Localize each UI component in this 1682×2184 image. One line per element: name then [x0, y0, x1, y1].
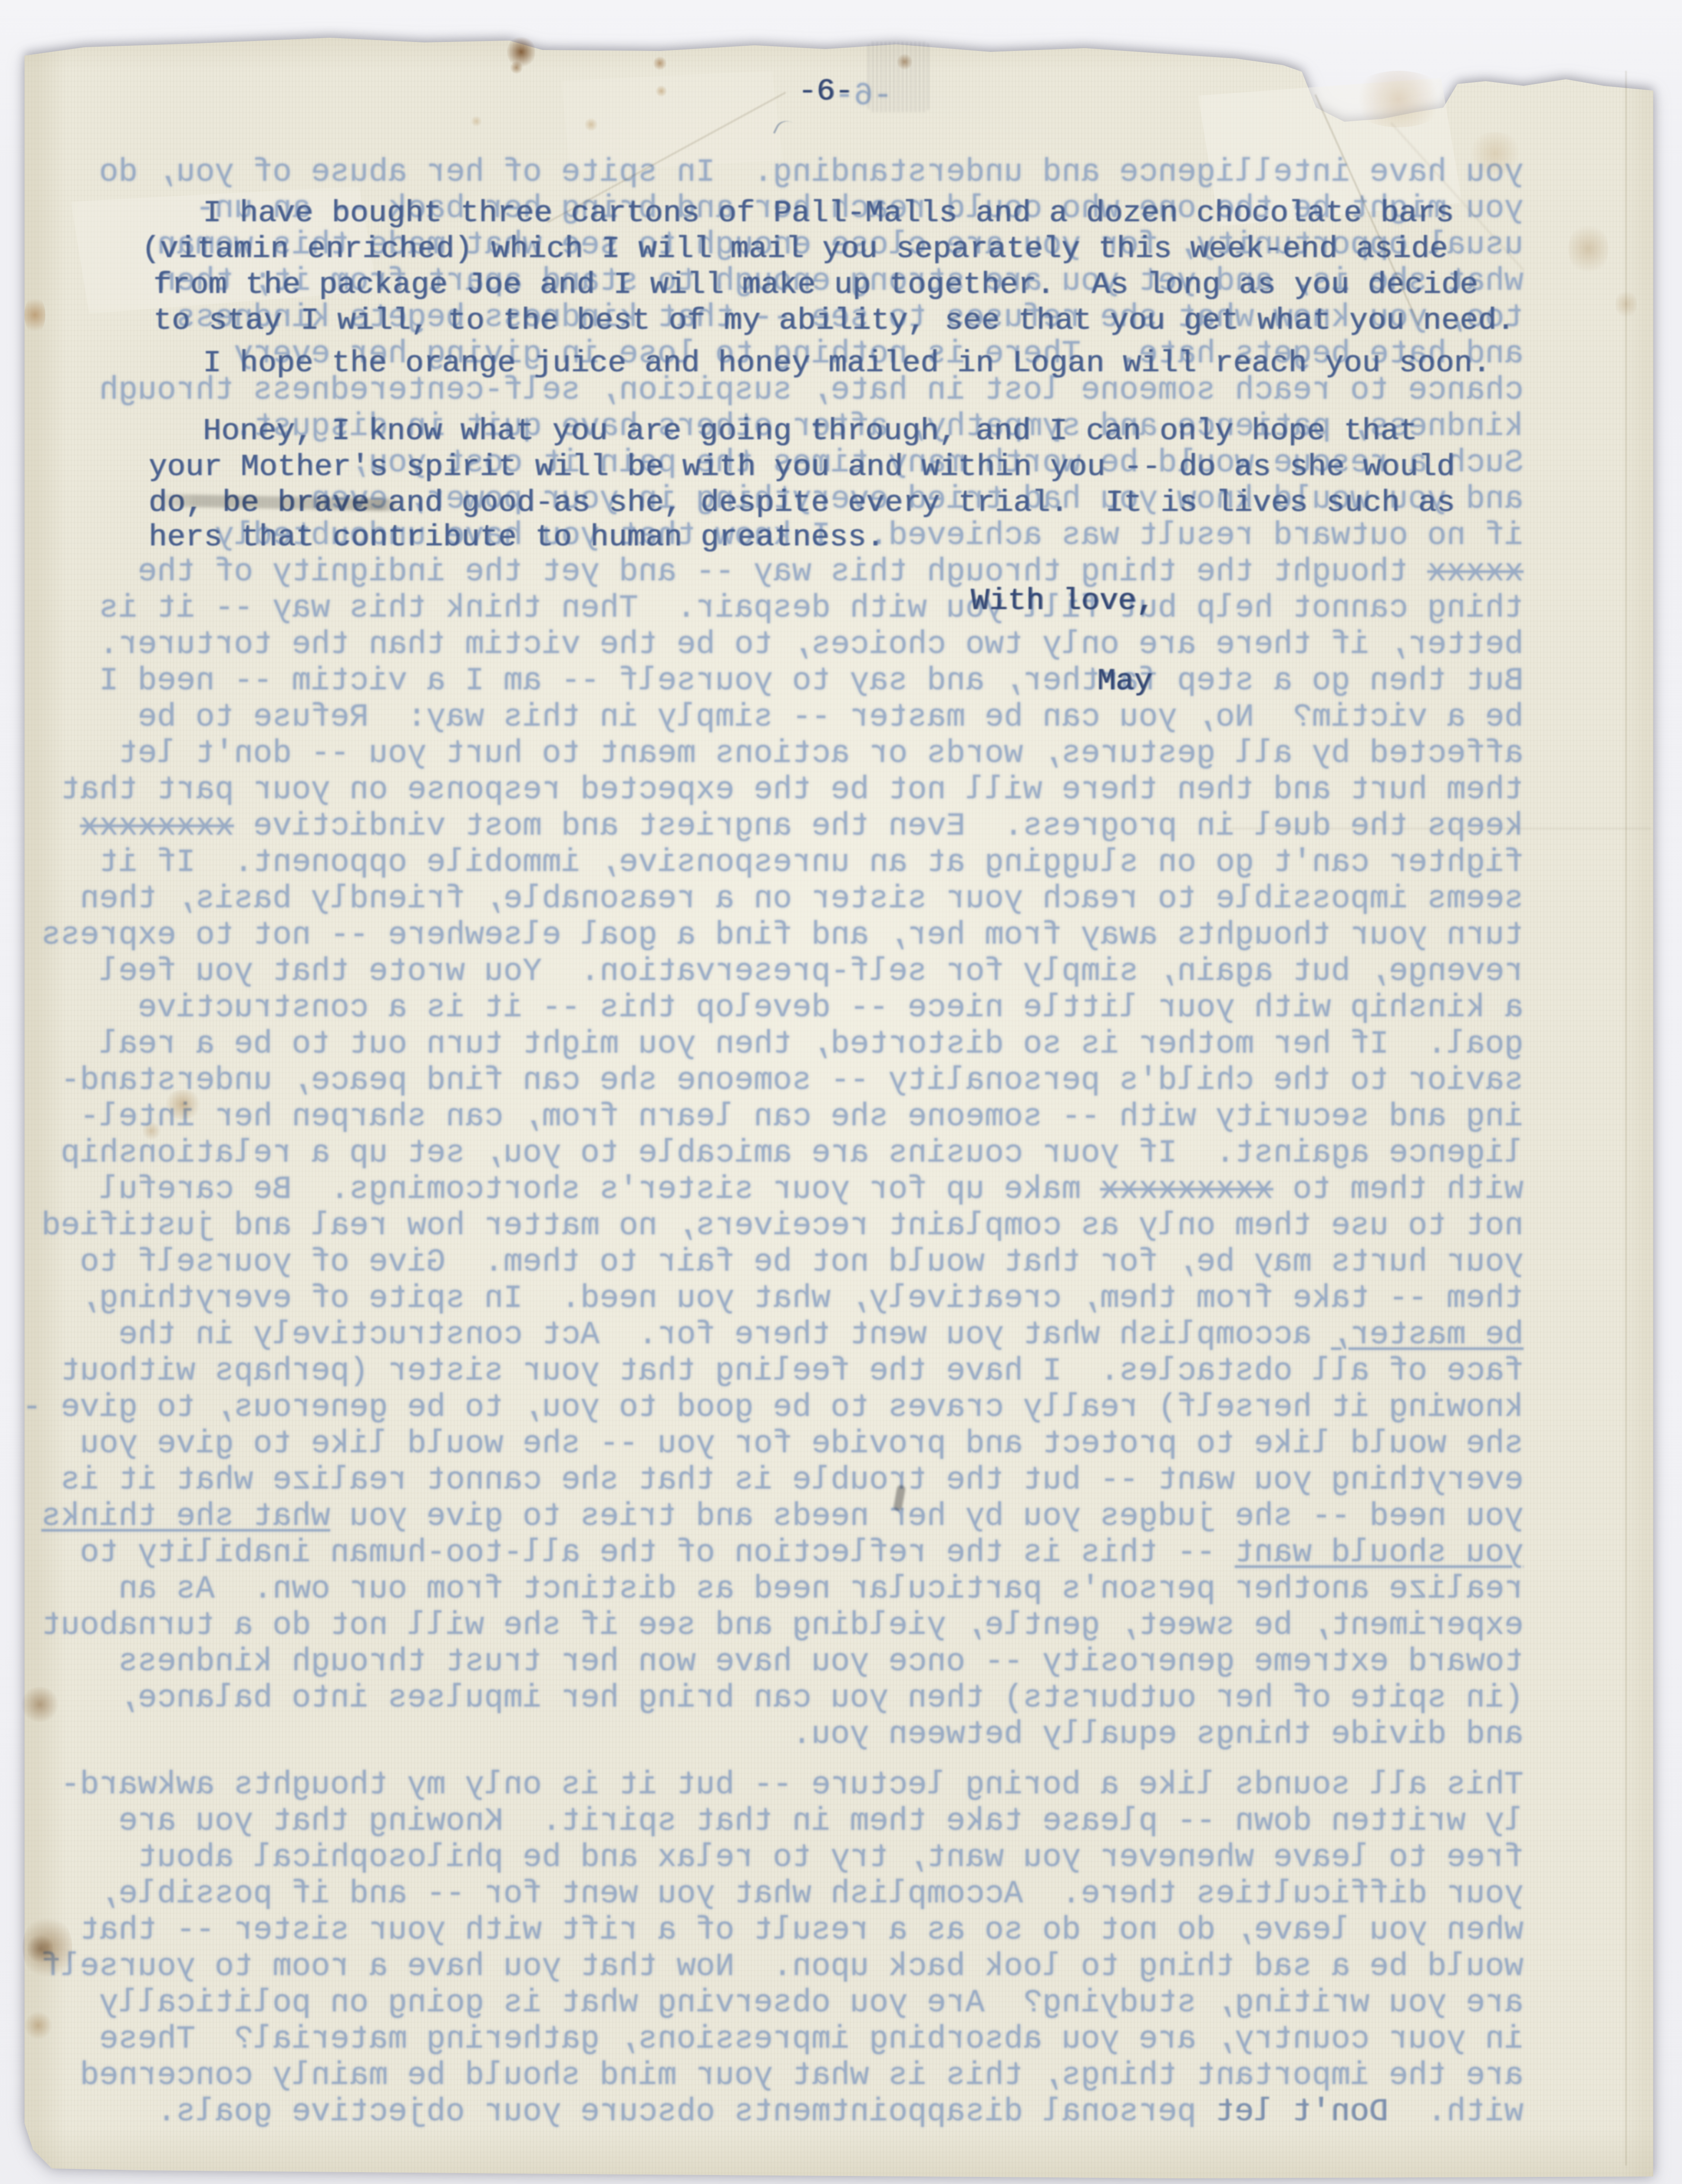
typed-text-layer: -6- With love, May I have bought three c… — [0, 0, 1682, 2184]
stain — [471, 116, 482, 127]
crease — [1625, 71, 1627, 2166]
smudge — [868, 42, 929, 112]
stain — [510, 60, 523, 75]
stain — [897, 53, 912, 71]
stain — [1467, 132, 1524, 175]
stain — [656, 85, 667, 97]
valediction: With love, — [971, 585, 1155, 617]
typed-line: I hope the orange juice and honey mailed… — [203, 347, 1490, 379]
crease — [1226, 828, 1651, 829]
typed-line: (vitamin enriched) which I will mail you… — [142, 233, 1448, 265]
stain — [653, 56, 666, 71]
typed-line: to stay I will, to the best of my abilit… — [153, 305, 1515, 337]
stain — [20, 1687, 60, 1722]
stain — [163, 1090, 203, 1119]
stain — [25, 2011, 52, 2040]
stain — [27, 1933, 53, 1964]
signature: May — [1097, 665, 1152, 697]
page-number: -6- — [798, 75, 853, 108]
typed-line: Honey, I know what you are going through… — [203, 415, 1417, 447]
scan-content: -6-you have intelligence and understandi… — [0, 0, 1682, 2184]
stain — [1568, 222, 1608, 276]
typed-line: I have bought three cartons of Pall-Mall… — [203, 197, 1454, 229]
typed-line: hers that contribute to human greatness. — [149, 521, 884, 553]
scanned-letter-page: { "page": { "number_label": "-6-" }, "ty… — [0, 0, 1682, 2184]
stain — [1349, 71, 1448, 127]
typed-line: from the package Joe and I will make up … — [153, 269, 1478, 301]
stain — [142, 1122, 161, 1140]
stain — [25, 295, 45, 335]
typed-line: your Mother's spirit will be with you an… — [149, 451, 1455, 483]
stain — [584, 118, 598, 131]
